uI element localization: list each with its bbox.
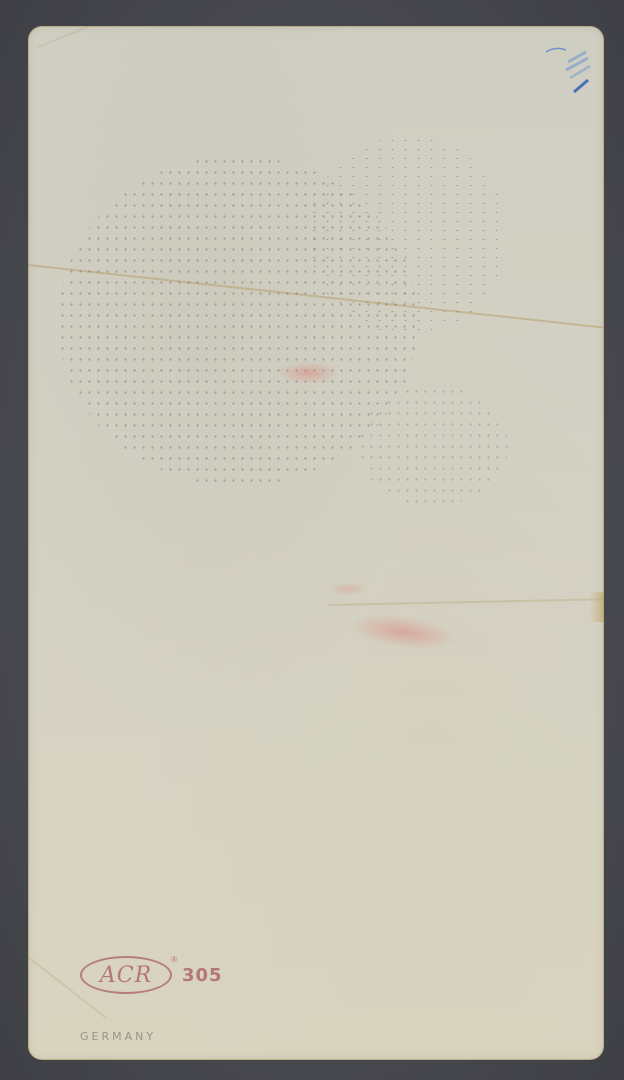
red-ink-smudge [328, 582, 368, 596]
card-crease [38, 26, 150, 48]
card-crease [328, 598, 604, 606]
red-ink-smudge [278, 362, 338, 384]
foxing-speckles [308, 136, 508, 336]
trading-card-back: ACR ® 305 GERMANY [28, 26, 604, 1060]
maker-logo-oval: ACR ® [80, 956, 172, 994]
registered-mark: ® [171, 955, 178, 964]
maker-logo-text: ACR [100, 963, 152, 988]
card-number: 305 [182, 965, 223, 986]
manufacturer-stamp: ACR ® 305 [80, 956, 223, 994]
foxing-speckles [358, 386, 508, 506]
blue-pencil-mark-icon [538, 40, 594, 100]
red-ink-smudge [346, 609, 459, 656]
edge-notch [590, 592, 604, 622]
country-of-origin: GERMANY [80, 1030, 156, 1043]
